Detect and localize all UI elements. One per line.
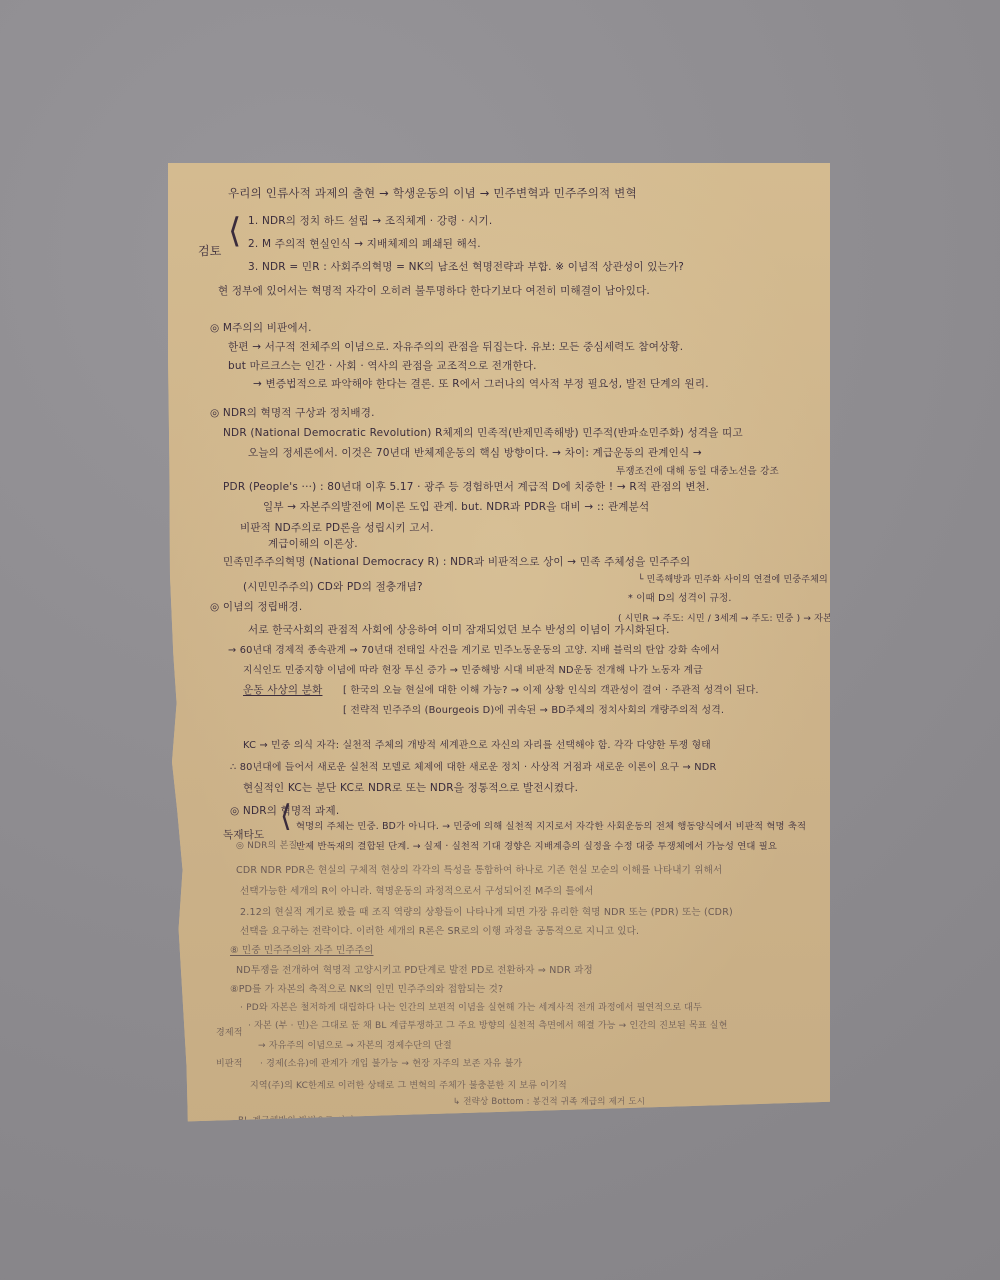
section-heading: ◎ 이념의 정립배경. <box>210 599 302 614</box>
branch-line: 반제 반독재의 결합된 단계. → 실제 · 실천적 기대 경향은 지배계층의 … <box>296 838 777 852</box>
section-line: → 60년대 경제적 종속관계 → 70년대 전태일 사건을 계기로 민주노동운… <box>228 642 720 656</box>
section-line: NDR (National Democratic Revolution) R체제… <box>223 425 743 440</box>
section-line: → 자유주의 이념으로 → 자본의 경제수단의 단절 <box>258 1038 452 1051</box>
section-line: · PD와 자본은 철저하게 대립하다 나는 인간의 보편적 이념을 실현해 가… <box>240 1000 702 1013</box>
section-heading: ◎ NDR의 혁명적 구상과 정치배경. <box>210 405 375 420</box>
section-line: 계급이해의 이론상. <box>268 536 358 551</box>
handwritten-document-page: 우리의 인류사적 과제의 출현 → 학생운동의 이념 → 민주변혁과 민주주의적… <box>168 163 830 1145</box>
section-line: 서로 한국사회의 관점적 사회에 상응하여 이미 잠재되었던 보수 반성의 이념… <box>248 622 670 637</box>
side-label: 비판적 <box>216 1056 243 1069</box>
section-line: 지역(주)의 KC한계로 이러한 상태로 그 변혁의 주체가 불충분한 지 보류… <box>250 1078 567 1091</box>
section-line: 민족민주주의혁명 (National Democracy R) : NDR과 비… <box>223 554 690 569</box>
section-line: 오늘의 정세론에서. 이것은 70년대 반체제운동의 핵심 방향이다. → 차이… <box>248 445 702 460</box>
section-line: 2.12의 현실적 계기로 봤을 때 조직 역량의 상황들이 나타나게 되면 가… <box>240 904 733 918</box>
section-line: but 마르크스는 인간 · 사회 · 역사의 관점을 교조적으로 전개한다. <box>228 358 537 373</box>
section-line: ∴ 80년대에 들어서 새로운 실천적 모델로 체제에 대한 새로운 정치 · … <box>230 759 717 773</box>
section-heading: ◎ NDR의 본질 <box>236 838 297 851</box>
brace-icon: ⟨ <box>228 211 241 251</box>
intro-item: 1. NDR의 정치 하드 설립 → 조직체계 · 강령 · 시기. <box>248 213 492 228</box>
section-heading: ⑧ 민중 민주주의와 자주 민주주의 <box>230 942 374 956</box>
intro-side-label: 검토 <box>198 242 222 259</box>
section-line: [ 한국의 오늘 현실에 대한 이해 가능? → 이제 상황 인식의 객관성이 … <box>343 682 759 696</box>
section-line: → 변증법적으로 파악해야 한다는 결론. 또 R에서 그러나의 역사적 부정 … <box>253 376 709 391</box>
section-line: · 경제(소유)에 관계가 개입 불가능 → 현장 자주의 보존 자유 불가 <box>260 1056 522 1069</box>
section-line: KC → 민중 의식 자각: 실천적 주체의 개방적 세계관으로 자신의 자리를… <box>243 737 711 751</box>
section-line: └ 민족해방과 민주화 사이의 연결에 민중주체의 사고체계 <box>638 572 867 585</box>
section-line: 선택가능한 세개의 R이 아니라. 혁명운동의 과정적으로서 구성되어진 M주의… <box>240 883 594 897</box>
section-line: [ 전략적 민주주의 (Bourgeois D)에 귀속된 → BD주체의 정치… <box>343 702 724 716</box>
section-heading: ◎ M주의의 비판에서. <box>210 320 312 335</box>
section-line: 선택을 요구하는 전략이다. 이러한 세개의 R론은 SR로의 이행 과정을 공… <box>240 923 639 937</box>
section-line: CDR NDR PDR은 현실의 구체적 현상의 각각의 특성을 통합하여 하나… <box>236 862 722 876</box>
section-line: 지식인도 민중지향 이념에 따라 현장 투신 증가 → 민중해방 시대 비판적 … <box>243 662 703 676</box>
section-line: ↳ 전략상 Bottom : 봉건적 귀족 계급의 제거 도시 <box>453 1095 645 1107</box>
section-line: ⑧PD를 가 자본의 축적으로 NK의 인민 민주주의와 접합되는 것? <box>230 981 503 995</box>
section-line: 비판적 ND주의로 PD론을 성립시키 고서. <box>240 520 434 535</box>
section-line: PDR (People's ···) : 80년대 이후 5.17 · 광주 등… <box>223 479 710 494</box>
section-line: 운동 사상의 분화 <box>243 682 322 697</box>
section-line: · 자본 (부 · 민)은 그대로 둔 채 BL 계급투쟁하고 그 주요 방향의… <box>248 1018 728 1031</box>
brace-icon: ⟨ <box>280 799 292 834</box>
section-line: ND투쟁을 전개하여 혁명적 고양시키고 PD단계로 발전 PD로 전환하자 ⇒… <box>236 962 593 976</box>
intro-closing: 현 정부에 있어서는 혁명적 자각이 오히려 불투명하다 한다기보다 여전히 미… <box>218 283 650 298</box>
section-line: 한편 → 서구적 전체주의 이념으로. 자유주의의 관점을 뒤집는다. 유보: … <box>228 339 683 354</box>
section-line: * 이때 D의 성격이 규정. <box>628 590 732 604</box>
side-label: 경제적 <box>216 1025 243 1038</box>
document-title: 우리의 인류사적 과제의 출현 → 학생운동의 이념 → 민주변혁과 민주주의적… <box>228 185 637 201</box>
section-line: BL 계급해방의 방법으로 시민 R로 제시되는 상황 전체로 보면 → 1PC… <box>238 1113 703 1126</box>
intro-item: 2. M 주의적 현실인식 → 지배체제의 폐쇄된 해석. <box>248 236 481 251</box>
intro-item: 3. NDR = 민R : 사회주의혁명 = NK의 남조선 혁명전략과 부합.… <box>248 259 684 274</box>
section-line: (시민민주주의) CD와 PD의 절충개념? <box>243 579 423 594</box>
section-line: 일부 → 자본주의발전에 M이론 도입 관계. but. NDR과 PDR을 대… <box>263 499 649 514</box>
section-line: ( 시민R → 주도: 시민 / 3세계 → 주도: 민중 ) → 자본주의 발… <box>618 611 975 624</box>
branch-line: 혁명의 주체는 민중. BD가 아니다. → 민중에 의해 실천적 지지로서 자… <box>296 818 806 832</box>
section-line: 투쟁조건에 대해 동일 대중노선을 강조 <box>616 463 779 477</box>
section-line: 현실적인 KC는 분단 KC로 NDR로 또는 NDR을 정통적으로 발전시켰다… <box>243 780 578 795</box>
